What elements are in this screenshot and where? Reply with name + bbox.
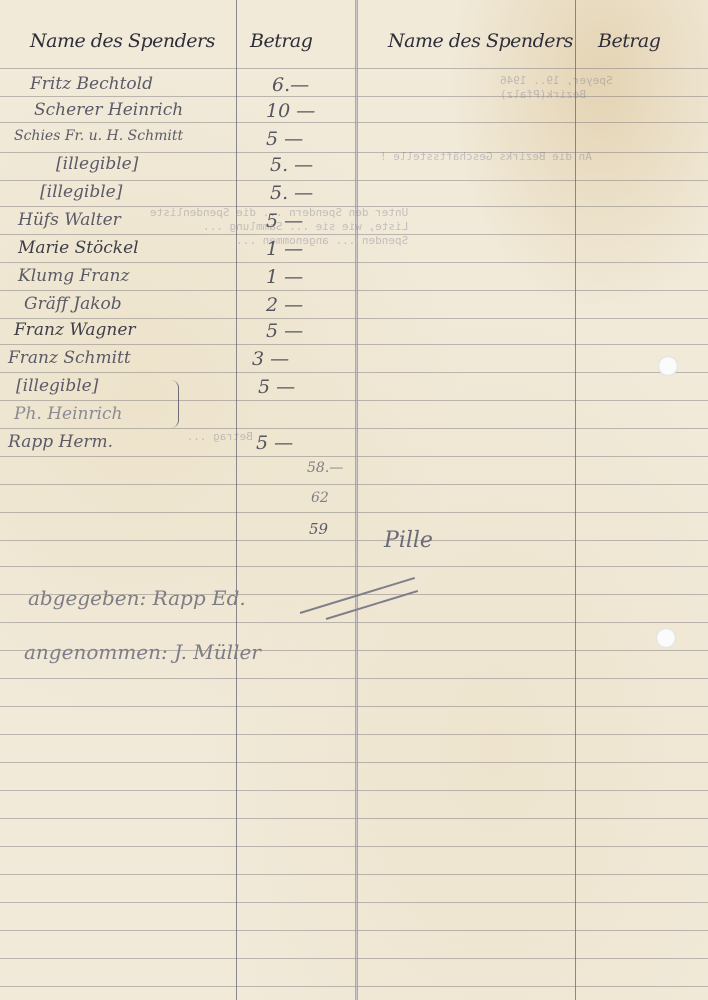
ruled-line xyxy=(0,790,708,791)
tally-value: 62 xyxy=(311,490,329,506)
donor-name: [illegible] xyxy=(16,376,98,396)
ruled-line xyxy=(0,428,708,429)
left-name-header: Name des Spenders xyxy=(30,30,215,52)
column-divider xyxy=(236,0,237,1000)
donor-name: Ph. Heinrich xyxy=(14,404,123,424)
ruled-line xyxy=(0,122,708,123)
donation-amount: 10 — xyxy=(266,100,315,122)
center-fold-divider xyxy=(355,0,358,1000)
ruled-line xyxy=(0,262,708,263)
ruled-line xyxy=(0,290,708,291)
left-amount-header: Betrag xyxy=(250,30,312,52)
ruled-line xyxy=(0,152,708,153)
ruled-line xyxy=(0,484,708,485)
donor-name: Gräff Jakob xyxy=(24,294,122,314)
ruled-line xyxy=(0,734,708,735)
donor-name: Rapp Herm. xyxy=(8,432,113,452)
donor-name: Klumg Franz xyxy=(18,266,129,286)
donor-name: Scherer Heinrich xyxy=(34,100,183,120)
ruled-line xyxy=(0,180,708,181)
bleed-through-text: Betrag ... xyxy=(180,430,253,444)
donor-name: Hüfs Walter xyxy=(18,210,121,230)
right-amount-header: Betrag xyxy=(598,30,660,52)
bleed-through-text: Speyer, 19.. 1946 Bezirk(Pfalz) xyxy=(500,74,613,102)
ruled-line xyxy=(0,344,708,345)
ruled-line xyxy=(0,372,708,373)
ruled-line xyxy=(0,512,708,513)
ruled-line xyxy=(0,902,708,903)
grouping-bracket xyxy=(170,380,179,428)
donation-amount: 6.— xyxy=(272,74,309,96)
scanned-document: Speyer, 19.. 1946 Bezirk(Pfalz) An die B… xyxy=(0,0,708,1000)
donation-amount: 3 — xyxy=(252,348,289,370)
ruled-line xyxy=(0,456,708,457)
donation-amount: 5. — xyxy=(270,154,313,176)
ruled-line xyxy=(0,318,708,319)
handed-over-note: abgegeben: Rapp Ed. xyxy=(28,586,246,610)
ruled-line xyxy=(0,846,708,847)
ruled-line xyxy=(0,540,708,541)
ruled-line xyxy=(0,566,708,567)
donation-amount: 5 — xyxy=(266,128,303,150)
donor-name: Schies Fr. u. H. Schmitt xyxy=(14,128,183,144)
bleed-through-text: An die Bezirks Geschäftsstelle ! xyxy=(380,150,592,164)
donation-amount: 5 — xyxy=(266,210,303,232)
donation-amount: 5 — xyxy=(266,320,303,342)
donation-amount: 1 — xyxy=(266,238,303,260)
donor-name: Franz Wagner xyxy=(14,320,136,340)
donation-amount: 5 — xyxy=(258,376,295,398)
ruled-line xyxy=(0,958,708,959)
signature: Pille xyxy=(384,528,433,553)
donation-amount: 2 — xyxy=(266,294,303,316)
tally-value: 59 xyxy=(309,520,328,538)
received-note: angenommen: J. Müller xyxy=(24,640,261,664)
ruled-line xyxy=(0,874,708,875)
donor-name: [illegible] xyxy=(40,182,122,202)
donation-amount: 1 — xyxy=(266,266,303,288)
punch-hole xyxy=(658,356,678,376)
donor-name: Franz Schmitt xyxy=(8,348,131,368)
donor-name: [illegible] xyxy=(56,154,138,174)
donation-amount: 5. — xyxy=(270,182,313,204)
ruled-line xyxy=(0,818,708,819)
donor-name: Marie Stöckel xyxy=(18,238,139,258)
right-name-header: Name des Spenders xyxy=(388,30,573,52)
ruled-line xyxy=(0,706,708,707)
tally-value: 58.— xyxy=(307,460,343,476)
ruled-line xyxy=(0,400,708,401)
ruled-line xyxy=(0,762,708,763)
punch-hole xyxy=(656,628,676,648)
ruled-line xyxy=(0,622,708,623)
donor-name: Fritz Bechtold xyxy=(30,74,153,94)
ruled-line xyxy=(0,678,708,679)
donation-amount: 5 — xyxy=(256,432,293,454)
ruled-line xyxy=(0,986,708,987)
ruled-line xyxy=(0,930,708,931)
ruled-line xyxy=(0,68,708,69)
